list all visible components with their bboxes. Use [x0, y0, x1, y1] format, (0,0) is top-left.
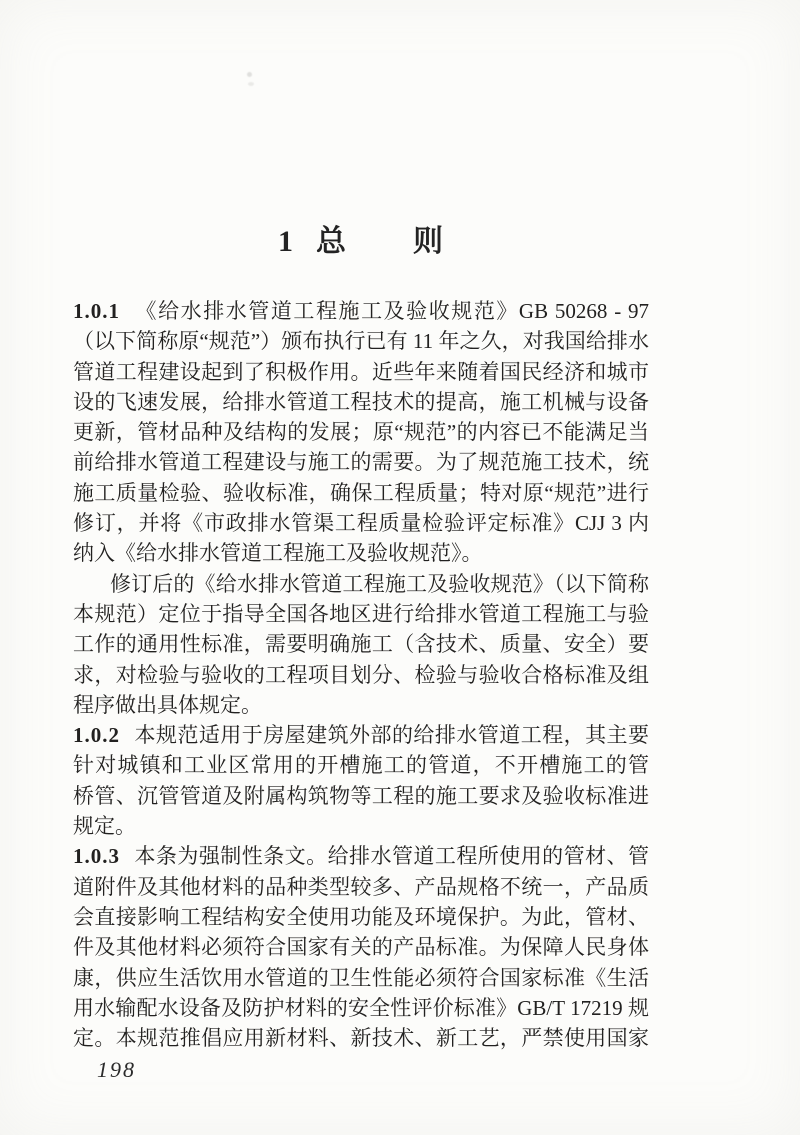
- text-line: 工作的通用性标准，需要明确施工（含技术、质量、安全）要: [73, 629, 649, 659]
- scan-speck: [248, 82, 254, 86]
- line-text: 《给水排水管道工程施工及验收规范》GB 50268 - 97: [134, 299, 649, 323]
- text-line: 管道工程建设起到了积极作用。近些年来随着国民经济和城市建: [73, 357, 649, 387]
- text-line: 修订，并将《市政排水管渠工程质量检验评定标准》CJJ 3 内容: [73, 508, 649, 538]
- text-line: 前给排水管道工程建设与施工的需要。为了规范施工技术，统一: [73, 447, 649, 477]
- text-line: 针对城镇和工业区常用的开槽施工的管道，不开槽施工的管道，: [73, 750, 649, 780]
- text-line: 件及其他材料必须符合国家有关的产品标准。为保障人民身体健: [73, 932, 649, 962]
- text-line: 1.0.1《给水排水管道工程施工及验收规范》GB 50268 - 97: [73, 296, 649, 326]
- text-line: 会直接影响工程结构安全使用功能及环境保护。为此，管材、管: [73, 902, 649, 932]
- line-text: 前给排水管道工程建设与施工的需要。为了规范施工技术，统一: [73, 450, 649, 477]
- line-text: 件及其他材料必须符合国家有关的产品标准。为保障人民身体健: [73, 935, 649, 962]
- text-line: 道附件及其他材料的品种类型较多、产品规格不统一，产品质量: [73, 872, 649, 902]
- line-text: 求，对检验与验收的工程项目划分、检验与验收合格标准及组织: [73, 663, 649, 690]
- line-text: 针对城镇和工业区常用的开槽施工的管道，不开槽施工的管道，: [73, 753, 649, 780]
- chapter-title-char2: 则: [413, 216, 444, 260]
- text-line: 用水输配水设备及防护材料的安全性评价标准》GB/T 17219 规: [73, 993, 649, 1023]
- clause-number: 1.0.3: [73, 844, 120, 868]
- text-line: 求，对检验与验收的工程项目划分、检验与验收合格标准及组织: [73, 660, 649, 690]
- text-line: 桥管、沉管管道及附属构筑物等工程的施工要求及验收标准进行: [73, 781, 649, 811]
- line-text: 本规范）定位于指导全国各地区进行给排水管道工程施工与验收: [73, 602, 649, 629]
- line-text: 设的飞速发展，给排水管道工程技术的提高，施工机械与设备的: [73, 390, 649, 417]
- clause-number: 1.0.1: [73, 299, 120, 323]
- line-text: 本条为强制性条文。给排水管道工程所使用的管材、管: [134, 844, 649, 868]
- line-text: 管道工程建设起到了积极作用。近些年来随着国民经济和城市建: [73, 360, 649, 387]
- text-line: 设的飞速发展，给排水管道工程技术的提高，施工机械与设备的: [73, 387, 649, 417]
- line-text: 程序做出具体规定。: [73, 693, 262, 717]
- clause-number: 1.0.2: [73, 723, 120, 747]
- body-text: 1.0.1《给水排水管道工程施工及验收规范》GB 50268 - 97（以下简称…: [73, 296, 649, 1053]
- text-line: 修订后的《给水排水管道工程施工及验收规范》（以下简称: [73, 569, 649, 599]
- text-line: （以下简称原“规范”）颁布执行已有 11 年之久，对我国给排水: [73, 326, 649, 356]
- text-line: 规定。: [73, 811, 649, 841]
- text-line: 更新，管材品种及结构的发展；原“规范”的内容已不能满足当: [73, 417, 649, 447]
- text-line: 本规范）定位于指导全国各地区进行给排水管道工程施工与验收: [73, 599, 649, 629]
- line-text: 修订，并将《市政排水管渠工程质量检验评定标准》CJJ 3 内容: [73, 511, 649, 538]
- line-text: 定。本规范推倡应用新材料、新技术、新工艺，严禁使用国家明: [73, 1026, 649, 1053]
- line-text: 纳入《给水排水管道工程施工及验收规范》。: [73, 541, 483, 565]
- text-line: 纳入《给水排水管道工程施工及验收规范》。: [73, 538, 649, 568]
- text-line: 施工质量检验、验收标准，确保工程质量；特对原“规范”进行: [73, 478, 649, 508]
- chapter-title-char1: 总: [316, 216, 347, 260]
- text-line: 1.0.3本条为强制性条文。给排水管道工程所使用的管材、管: [73, 841, 649, 871]
- text-line: 1.0.2本规范适用于房屋建筑外部的给排水管道工程，其主要: [73, 720, 649, 750]
- scan-speck: [247, 72, 252, 77]
- line-text: 道附件及其他材料的品种类型较多、产品规格不统一，产品质量: [73, 875, 649, 902]
- line-text: 修订后的《给水排水管道工程施工及验收规范》（以下简称: [110, 572, 649, 596]
- page-number: 198: [97, 1057, 136, 1083]
- line-text: 本规范适用于房屋建筑外部的给排水管道工程，其主要: [134, 723, 649, 747]
- chapter-title: 1 总 则: [73, 216, 649, 260]
- line-text: 规定。: [73, 814, 136, 838]
- chapter-number: 1: [278, 225, 294, 259]
- line-text: 更新，管材品种及结构的发展；原“规范”的内容已不能满足当: [73, 420, 649, 444]
- text-line: 定。本规范推倡应用新材料、新技术、新工艺，严禁使用国家明: [73, 1023, 649, 1053]
- text-line: 程序做出具体规定。: [73, 690, 649, 720]
- text-line: 康，供应生活饮用水管道的卫生性能必须符合国家标准《生活饮: [73, 963, 649, 993]
- line-text: 桥管、沉管管道及附属构筑物等工程的施工要求及验收标准进行: [73, 784, 649, 811]
- document-page: 1 总 则 1.0.1《给水排水管道工程施工及验收规范》GB 50268 - 9…: [0, 0, 800, 1135]
- line-text: 用水输配水设备及防护材料的安全性评价标准》GB/T 17219 规: [73, 996, 649, 1020]
- line-text: （以下简称原“规范”）颁布执行已有 11 年之久，对我国给排水: [73, 329, 649, 353]
- line-text: 康，供应生活饮用水管道的卫生性能必须符合国家标准《生活饮: [73, 966, 649, 993]
- line-text: 工作的通用性标准，需要明确施工（含技术、质量、安全）要: [73, 632, 649, 656]
- line-text: 施工质量检验、验收标准，确保工程质量；特对原“规范”进行: [73, 481, 649, 505]
- line-text: 会直接影响工程结构安全使用功能及环境保护。为此，管材、管: [73, 905, 649, 932]
